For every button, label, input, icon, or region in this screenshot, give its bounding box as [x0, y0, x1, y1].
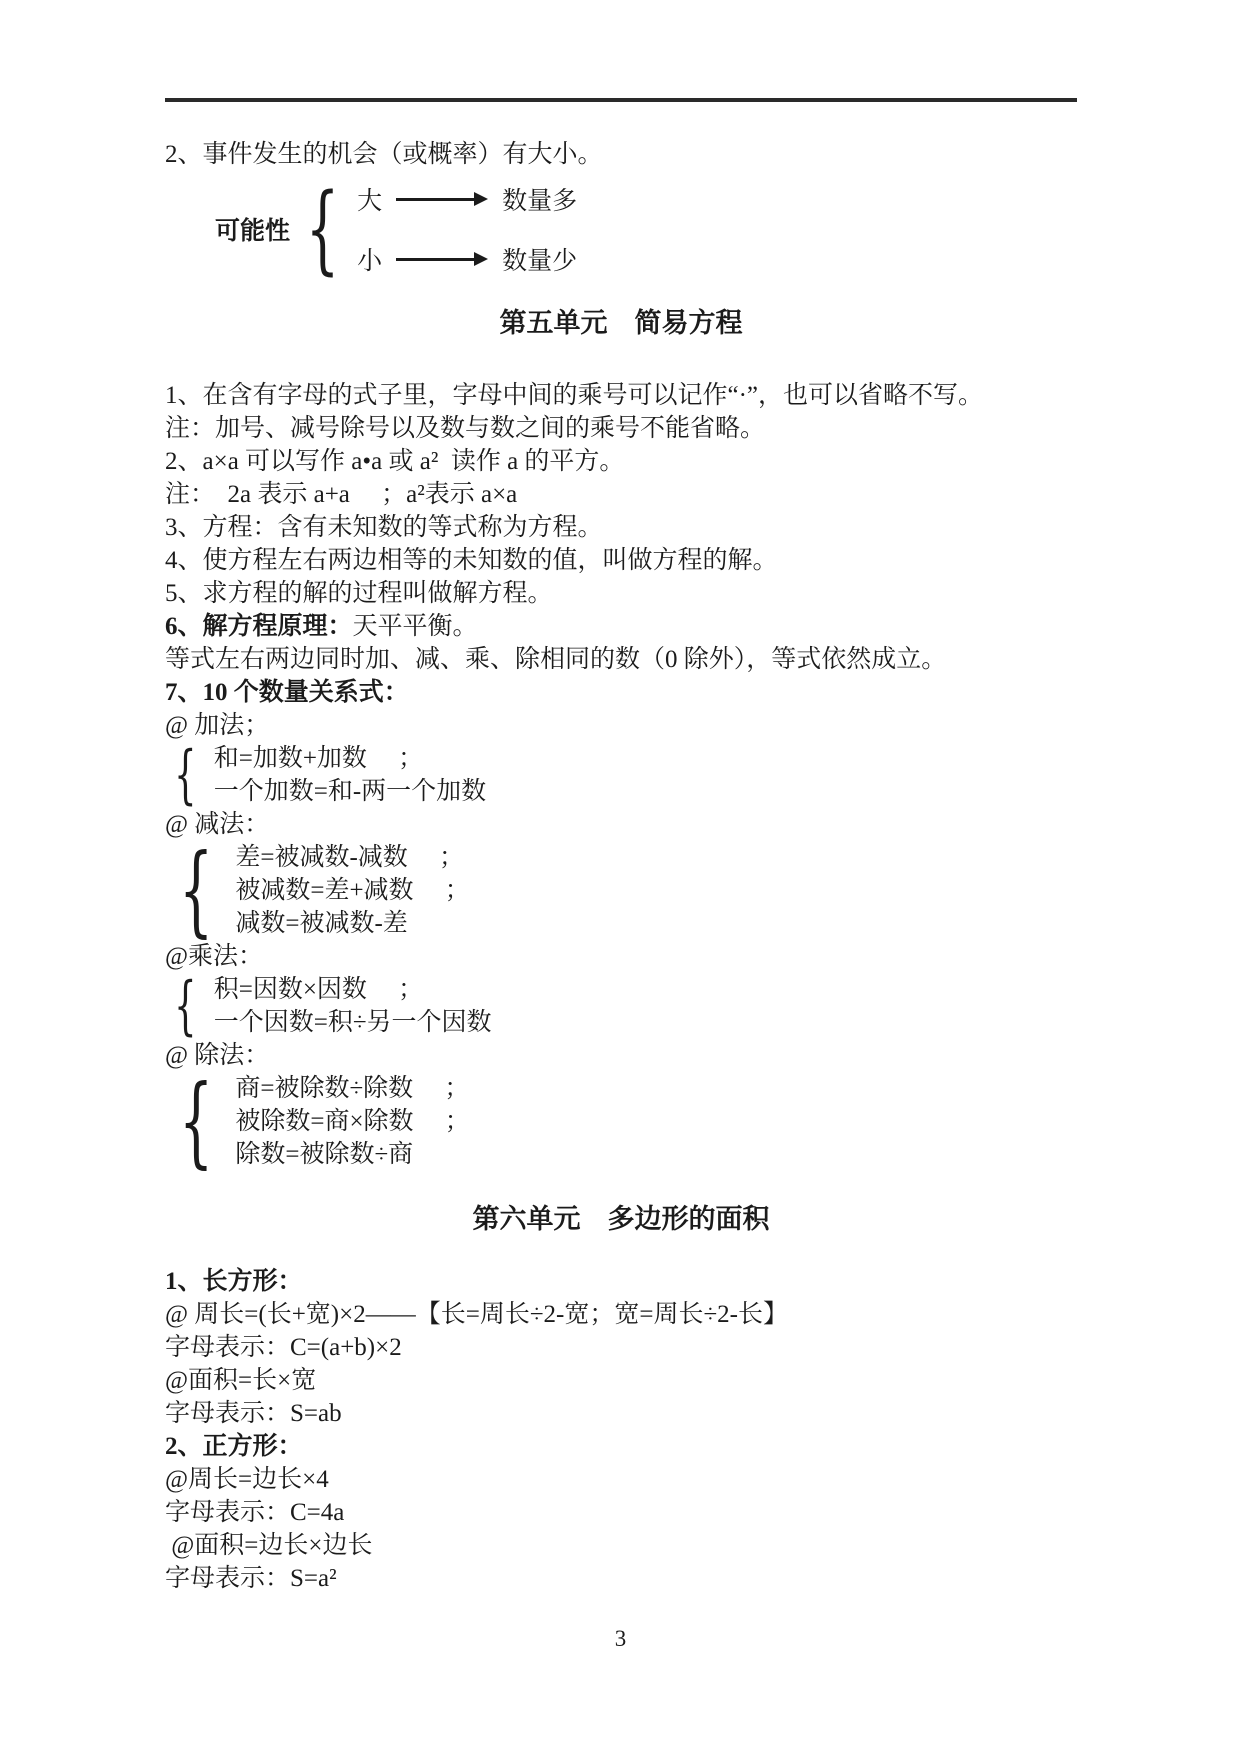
subtraction-label: @ 减法： [165, 808, 1077, 841]
unit5-line-2: 2、a×a 可以写作 a•a 或 a² 读作 a 的平方。 [165, 445, 1077, 478]
unit5-title: 第五单元 简易方程 [165, 303, 1077, 343]
formula-line: 减数=被减数-差 [235, 907, 469, 940]
unit5-line-6: 6、解方程原理：天平平衡。 [165, 610, 1077, 643]
square-perimeter: @周长=边长×4 [165, 1463, 1077, 1496]
unit5-line-3: 3、方程：含有未知数的等式称为方程。 [165, 511, 1077, 544]
brace-icon: { [174, 743, 196, 807]
top-rule [165, 98, 1077, 102]
formula-line: 商=被除数÷除数 ； [235, 1072, 469, 1105]
formula-line: 积=因数×因数 ； [214, 973, 492, 1006]
possibility-rows: 大 数量多 小 数量少 [357, 181, 577, 277]
unit5-line-7: 等式左右两边同时加、减、乘、除相同的数（0 除外），等式依然成立。 [165, 643, 1077, 676]
possibility-row-small: 小 数量少 [357, 241, 577, 277]
formula-line: 一个加数=和-两一个加数 [214, 775, 486, 808]
possibility-item: 小 [357, 241, 382, 277]
formula-line: 被减数=差+减数 ； [235, 874, 469, 907]
unit5-line-4: 4、使方程左右两边相等的未知数的值，叫做方程的解。 [165, 544, 1077, 577]
multiplication-formulas: 积=因数×因数 ； 一个因数=积÷另一个因数 [214, 973, 492, 1039]
right-arrow-icon [396, 252, 488, 266]
probability-line: 2、事件发生的机会（或概率）有大小。 [165, 138, 1077, 171]
multiplication-label: @乘法： [165, 940, 1077, 973]
formula-line: 一个因数=积÷另一个因数 [214, 1006, 492, 1039]
principle-text: 天平平衡。 [353, 613, 478, 640]
brace-icon: { [174, 974, 196, 1038]
formula-line: 除数=被除数÷商 [235, 1138, 469, 1171]
multiplication-group: { 积=因数×因数 ； 一个因数=积÷另一个因数 [165, 973, 1077, 1039]
unit6-title: 第六单元 多边形的面积 [165, 1199, 1077, 1239]
page-content: 2、事件发生的机会（或概率）有大小。 可能性 { 大 数量多 小 数量少 第五单… [165, 98, 1077, 1595]
subtraction-formulas: 差=被减数-减数 ； 被减数=差+减数 ； 减数=被减数-差 [235, 841, 469, 940]
brace-icon: { [179, 842, 213, 940]
brace-icon: { [306, 181, 340, 277]
possibility-diagram: 可能性 { 大 数量多 小 数量少 [215, 179, 1077, 279]
formula-line: 和=加数+加数 ； [214, 742, 486, 775]
rectangle-perimeter-formula: 字母表示：C=(a+b)×2 [165, 1331, 1077, 1364]
brace-icon: { [179, 1073, 213, 1171]
division-formulas: 商=被除数÷除数 ； 被除数=商×除数 ； 除数=被除数÷商 [235, 1072, 469, 1171]
addition-label: @ 加法； [165, 709, 1077, 742]
rectangle-area-formula: 字母表示：S=ab [165, 1397, 1077, 1430]
possibility-label: 可能性 [215, 211, 290, 247]
rectangle-heading: 1、长方形： [165, 1265, 1077, 1298]
formula-line: 差=被减数-减数 ； [235, 841, 469, 874]
division-label: @ 除法： [165, 1039, 1077, 1072]
square-perimeter-formula: 字母表示：C=4a [165, 1496, 1077, 1529]
relations-heading: 7、10 个数量关系式： [165, 676, 1077, 709]
square-heading: 2、正方形： [165, 1430, 1077, 1463]
possibility-item: 大 [357, 181, 382, 217]
right-arrow-icon [396, 192, 488, 206]
possibility-result: 数量少 [502, 241, 577, 277]
unit5-line-1: 1、在含有字母的式子里，字母中间的乘号可以记作“·”，也可以省略不写。 [165, 379, 1077, 412]
principle-label: 6、解方程原理： [165, 613, 353, 640]
possibility-row-big: 大 数量多 [357, 181, 577, 217]
square-area: @面积=边长×边长 [165, 1529, 1077, 1562]
formula-line: 被除数=商×除数 ； [235, 1105, 469, 1138]
division-group: { 商=被除数÷除数 ； 被除数=商×除数 ； 除数=被除数÷商 [165, 1072, 1077, 1171]
subtraction-group: { 差=被减数-减数 ； 被减数=差+减数 ； 减数=被减数-差 [165, 841, 1077, 940]
page-number: 3 [0, 1626, 1241, 1652]
rectangle-area: @面积=长×宽 [165, 1364, 1077, 1397]
addition-group: { 和=加数+加数 ； 一个加数=和-两一个加数 [165, 742, 1077, 808]
unit5-line-5: 5、求方程的解的过程叫做解方程。 [165, 577, 1077, 610]
addition-formulas: 和=加数+加数 ； 一个加数=和-两一个加数 [214, 742, 486, 808]
unit5-note-2: 注： 2a 表示 a+a ；a²表示 a×a [165, 478, 1077, 511]
rectangle-perimeter: @ 周长=(长+宽)×2——【长=周长÷2-宽；宽=周长÷2-长】 [165, 1298, 1077, 1331]
document-page: 2、事件发生的机会（或概率）有大小。 可能性 { 大 数量多 小 数量少 第五单… [0, 0, 1241, 1754]
unit5-note-1: 注：加号、减号除号以及数与数之间的乘号不能省略。 [165, 412, 1077, 445]
square-area-formula: 字母表示：S=a² [165, 1562, 1077, 1595]
possibility-result: 数量多 [502, 181, 577, 217]
